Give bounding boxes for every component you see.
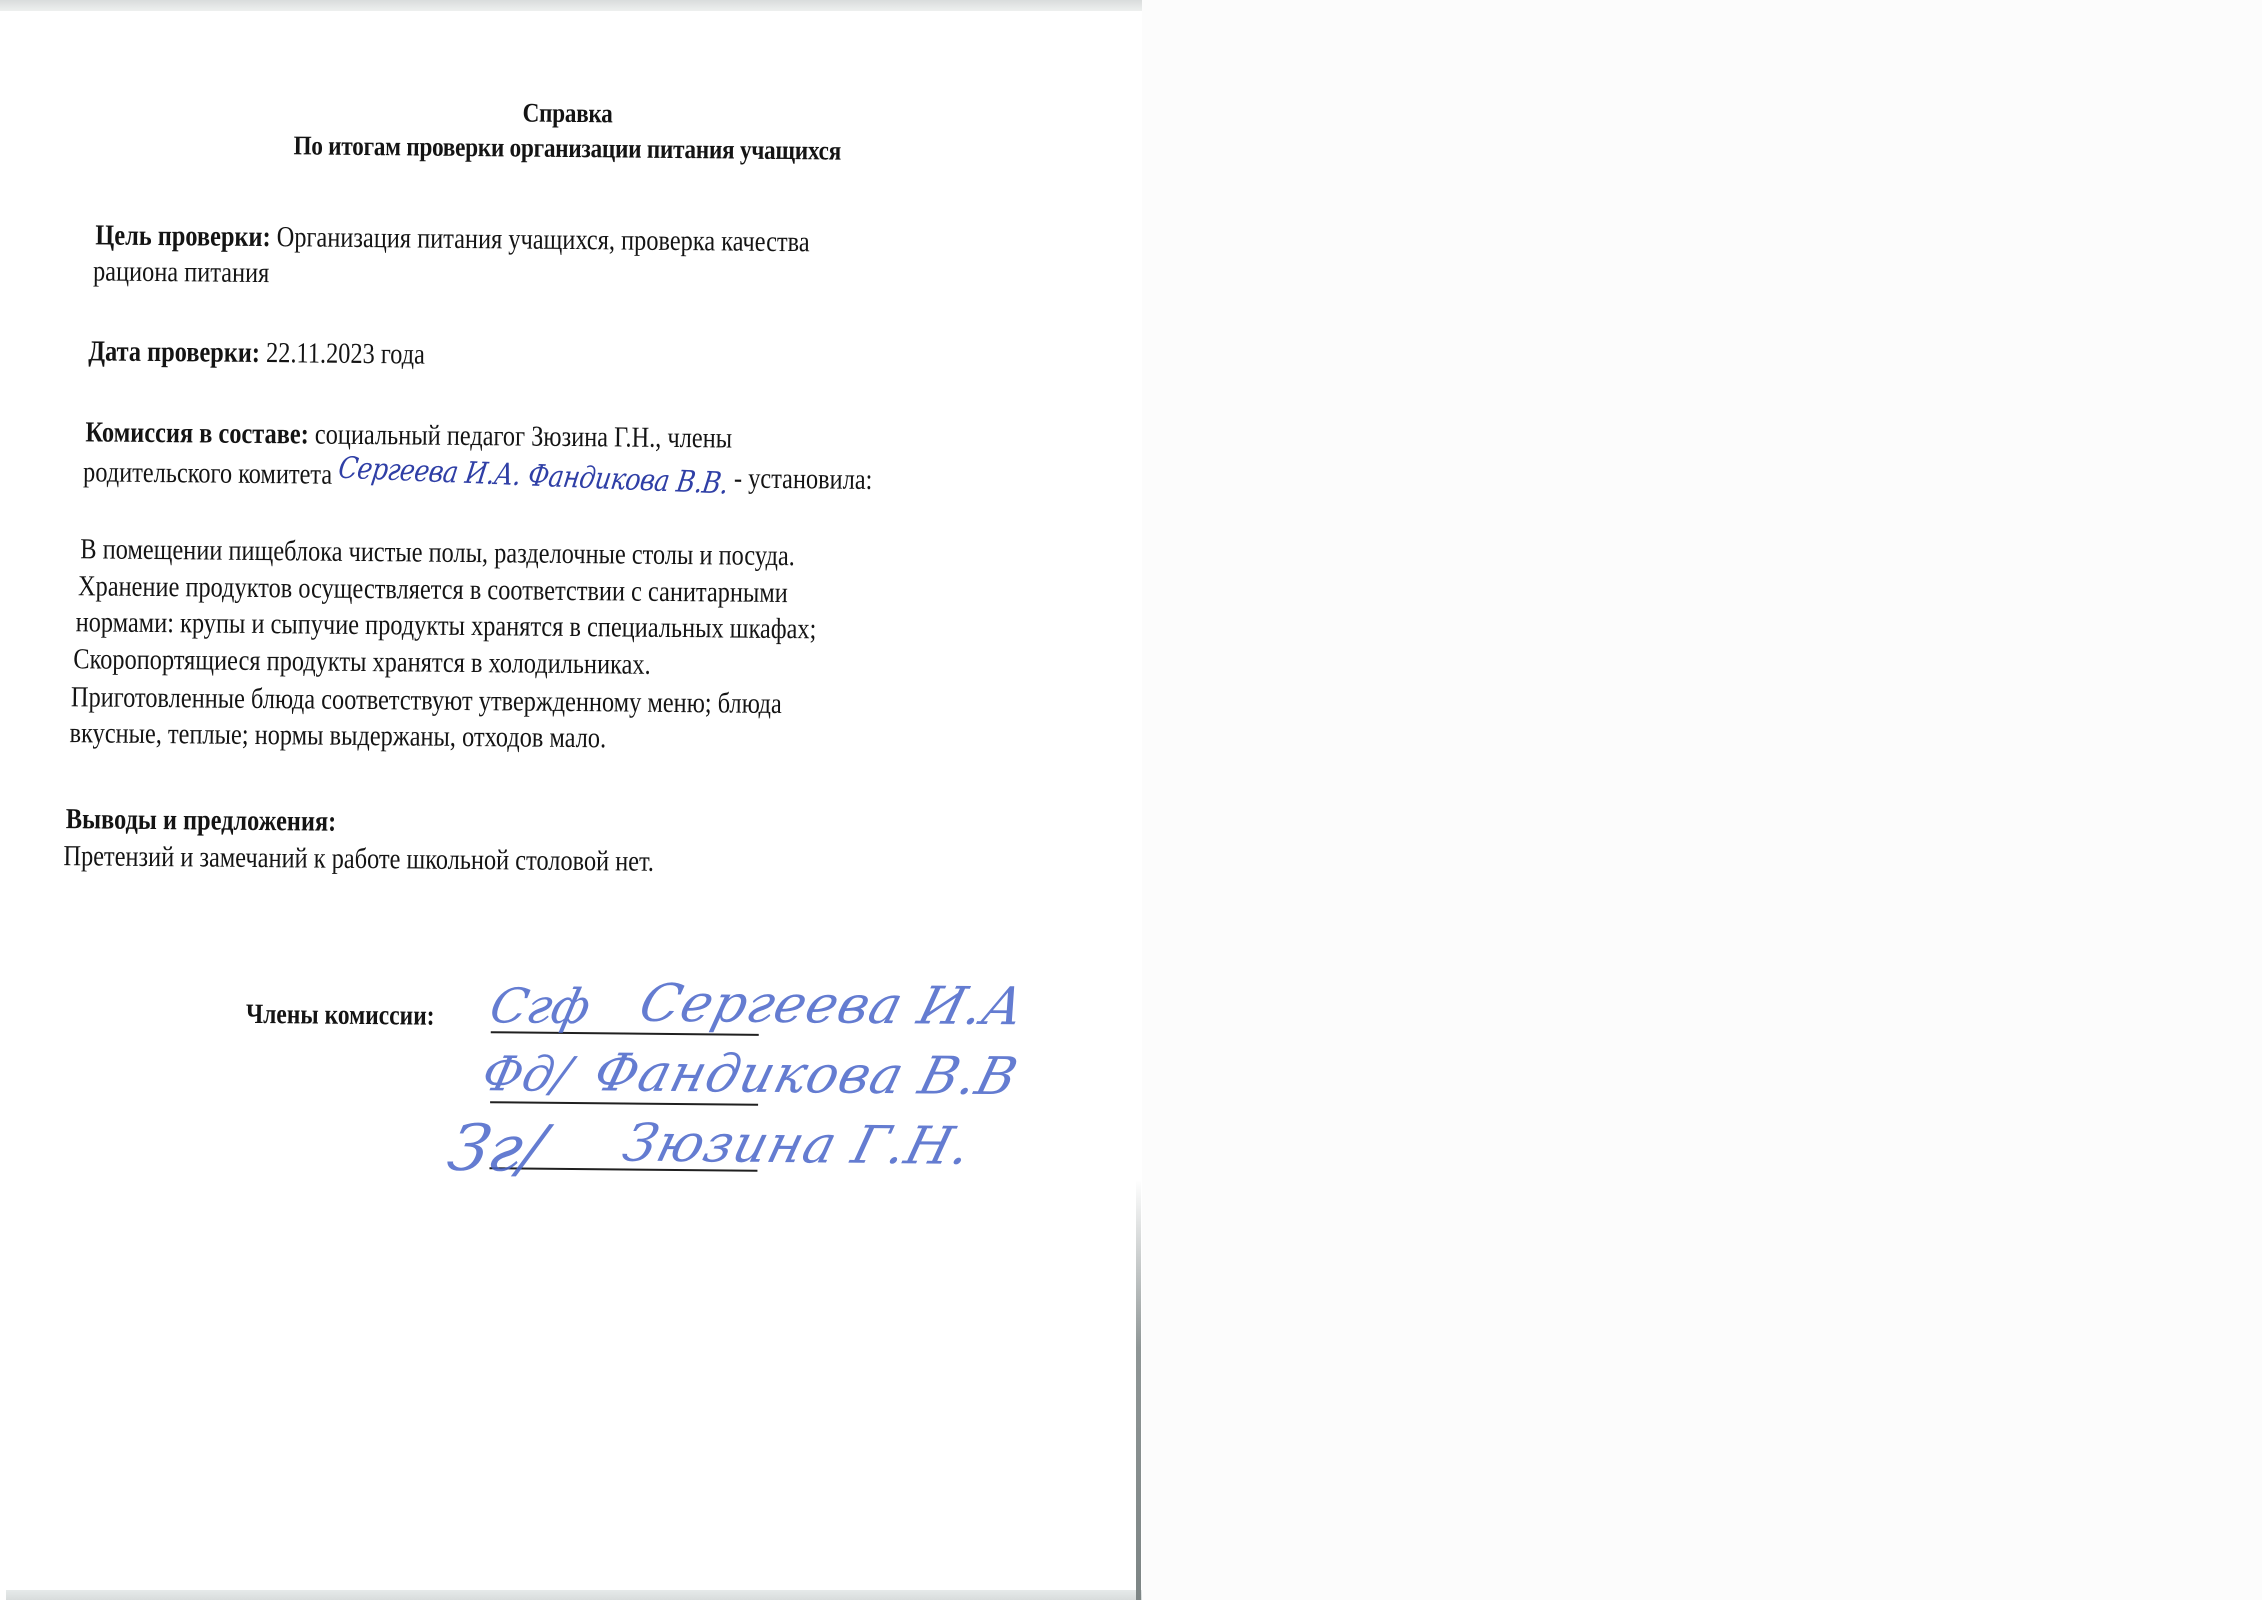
document-title: Справка [76, 93, 1058, 133]
signature-block: Члены комиссии: Сгф Сергеева И.А Фд/ Фан… [244, 982, 1006, 1219]
conclusions-heading: Выводы и предложения: [66, 803, 337, 838]
purpose-line-1: Цель проверки: Организация питания учащи… [95, 221, 809, 257]
commission-prefix: родительского комитета [83, 456, 332, 490]
purpose-line-2: рациона питания [93, 257, 270, 288]
document-subtitle: По итогам проверки организации питания у… [76, 128, 1058, 168]
signatures-label: Члены комиссии: [246, 999, 435, 1033]
finding-line: Приготовленные блюда соответствуют утвер… [71, 683, 782, 719]
commission-line-2: родительского комитета Сергеева И.А. Фан… [83, 457, 873, 495]
finding-line: нормами: крупы и сыпучие продукты хранят… [76, 608, 817, 644]
commission-suffix: - установила: [734, 463, 873, 496]
date-line: Дата проверки: 22.11.2023 года [88, 337, 425, 369]
commission-text: социальный педагог Зюзина Г.Н., члены [315, 419, 732, 455]
conclusions-text: Претензий и замечаний к работе школьной … [63, 842, 654, 877]
document-page: Справка По итогам проверки организации п… [0, 0, 1142, 1600]
handwritten-committee-names: Сергеева И.А. Фандикова В.В. [336, 454, 730, 500]
finding-line: Хранение продуктов осуществляется в соот… [78, 572, 788, 608]
finding-line: вкусные, теплые; нормы выдержаны, отходо… [69, 719, 606, 753]
signature-mark: Зг/ [441, 1112, 551, 1187]
purpose-text: Организация питания учащихся, проверка к… [277, 221, 810, 258]
date-value: 22.11.2023 года [266, 337, 425, 371]
signature-name: Фандикова В.В [588, 1043, 1024, 1107]
commission-label: Комиссия в составе: [85, 416, 309, 450]
document-body: Справка По итогам проверки организации п… [0, 0, 1150, 1600]
signature-name: Зюзина Г.Н. [617, 1114, 978, 1177]
signature-mark: Сгф [485, 978, 596, 1035]
scan-canvas: Справка По итогам проверки организации п… [0, 0, 2262, 1600]
conclusions-label: Выводы и предложения: [66, 805, 337, 837]
commission-line-1: Комиссия в составе: социальный педагог З… [85, 418, 732, 453]
signature-mark: Фд/ [477, 1046, 576, 1103]
signature-name: Сергеева И.А [633, 974, 1031, 1038]
finding-line: Скоропортящиеся продукты хранятся в холо… [73, 645, 651, 680]
finding-line: В помещении пищеблока чистые полы, разде… [80, 535, 795, 571]
purpose-label: Цель проверки: [95, 219, 271, 253]
date-label: Дата проверки: [88, 335, 260, 369]
